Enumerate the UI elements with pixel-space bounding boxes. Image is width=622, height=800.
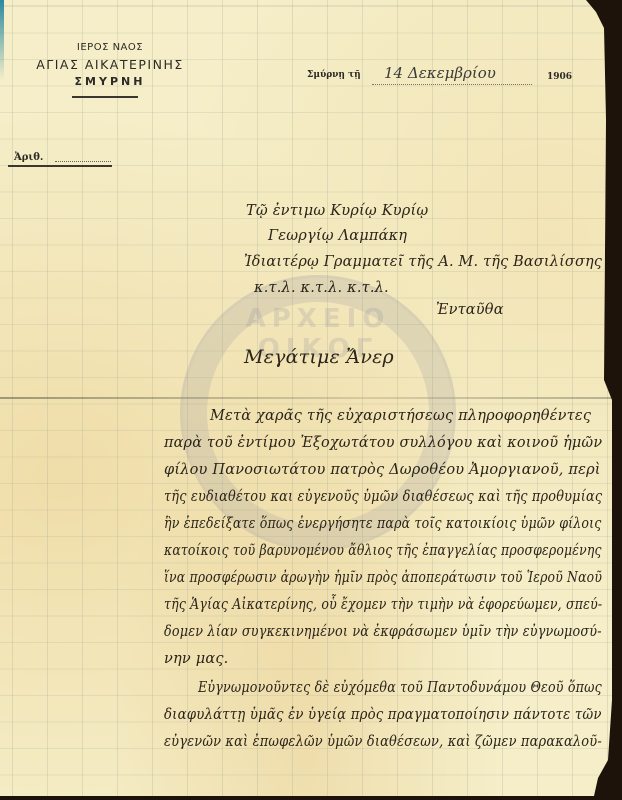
number-field-dots [55, 161, 111, 162]
address-line: Ἰδιαιτέρῳ Γραμματεῖ τῆς Α. Μ. τῆς Βασιλί… [244, 254, 602, 270]
number-label: Ἀριθ. [14, 152, 43, 163]
body-line: Εὐγνωμονοῦντες δὲ εὐχόμεθα τοῦ Παντοδυνά… [198, 680, 602, 696]
address-line: Γεωργίῳ Λαμπάκη [268, 228, 407, 244]
scanned-document: ΑΡΧΕΙΟ ΟΙΚΟΓ ΙΕΡΟΣ ΝΑΟΣ ΑΓΙΑΣ ΑΙΚΑΤΕΡΙΝΗ… [0, 0, 622, 800]
salutation: Μεγάτιμε Ἄνερ [244, 346, 394, 368]
body-line: δομεν λίαν συγκεκινημένοι νὰ ἐκφράσωμεν … [164, 624, 602, 640]
paper-sheet: ΑΡΧΕΙΟ ΟΙΚΟΓ ΙΕΡΟΣ ΝΑΟΣ ΑΓΙΑΣ ΑΙΚΑΤΕΡΙΝΗ… [0, 0, 614, 796]
date-field-dots [372, 84, 532, 85]
body-line: κατοίκοις τοῦ βαρυνομένου ἄθλιος τῆς ἐπα… [164, 543, 602, 559]
body-line: φίλου Πανοσιωτάτου πατρὸς Δωροθέου Ἀμοργ… [164, 462, 601, 478]
body-line: ἣν ἐπεδείξατε ὅπως ἐνεργήσητε παρὰ τοῖς … [164, 516, 601, 532]
address-line: Ἐνταῦθα [436, 302, 504, 318]
body-line: παρὰ τοῦ ἐντίμου Ἐξοχωτάτου συλλόγου καὶ… [164, 435, 602, 451]
body-line: τῆς Ἁγίας Αἰκατερίνης, οὗ ἔχομεν τὴν τιμ… [164, 597, 602, 613]
address-line: κ.τ.λ. κ.τ.λ. κ.τ.λ. [254, 280, 389, 296]
letterhead-line-3: ΣΜΥΡΝΗ [0, 75, 220, 88]
body-line: εὐγενῶν καὶ ἐπωφελῶν ὑμῶν διαθέσεων, καὶ… [164, 734, 602, 750]
year: 1906 [547, 72, 572, 82]
body-line: νην μας. [164, 651, 228, 667]
letterhead-line-1: ΙΕΡΟΣ ΝΑΟΣ [0, 42, 220, 53]
body-line: διαφυλάττῃ ὑμᾶς ἐν ὑγείᾳ πρὸς πραγματοπο… [164, 707, 602, 723]
letterhead-ornament-rule [72, 96, 138, 98]
body-line: ἵνα προσφέρωσιν ἀρωγὴν ἡμῖν πρὸς ἀποπερά… [164, 570, 602, 586]
number-rule [8, 165, 112, 167]
letterhead-line-2: ΑΓΙΑΣ ΑΙΚΑΤΕΡΙΝΗΣ [0, 57, 220, 72]
handwritten-date: 14 Δεκεμβρίου [384, 64, 496, 82]
body-line: Μετὰ χαρᾶς τῆς εὐχαριστήσεως πληροφορηθέ… [210, 408, 591, 424]
body-line: τῆς ευδιαθέτου και εὐγενοῦς ὑμῶν διαθέσε… [164, 489, 602, 505]
place-label: Σμύρνῃ τῇ [307, 70, 361, 80]
address-line: Τῷ ἐντιμω Κυρίῳ Κυρίῳ [246, 203, 428, 219]
